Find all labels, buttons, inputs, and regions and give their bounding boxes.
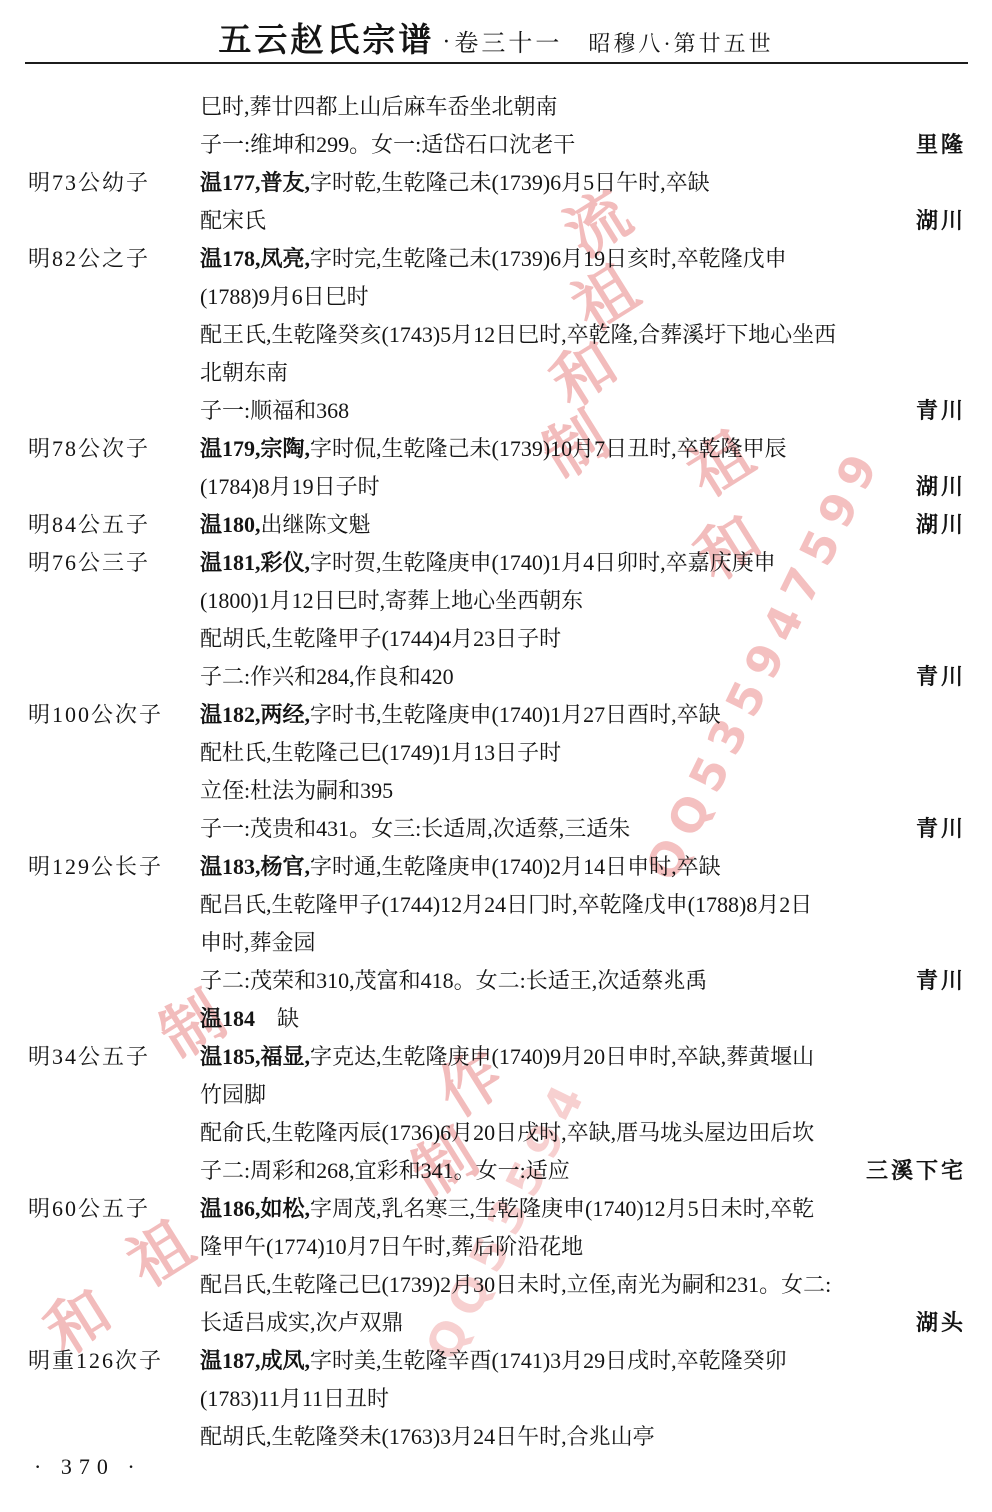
person-name-bold: 温181,彩仪,	[200, 550, 310, 575]
residence-label: 湖头	[916, 1304, 966, 1342]
volume-title: 卷三十一	[454, 31, 562, 57]
entry-text: 缺	[255, 1006, 299, 1031]
residence-label: 湖川	[916, 468, 966, 506]
entry-text: 出继陈文魁	[261, 512, 371, 537]
entry-text: 子二:周彩和268,宜彩和341。女一:适应	[200, 1158, 570, 1183]
residence-label: 青川	[916, 658, 966, 696]
father-reference-label: 明76公三子	[28, 544, 150, 582]
entry-text: 申时,葬金园	[200, 930, 316, 955]
entry-line: 明73公幼子 温177,普友,字时乾,生乾隆己未(1739)6月5日午时,卒缺	[0, 164, 992, 202]
book-title: 五云赵氏宗谱	[218, 23, 434, 59]
residence-label: 三溪下宅	[866, 1152, 966, 1190]
entry-text: 字时通,生乾隆庚申(1740)2月14日申时,卒缺	[310, 854, 721, 879]
entry-line: 明76公三子 温181,彩仪,字时贺,生乾隆庚申(1740)1月4日卯时,卒嘉庆…	[0, 544, 992, 582]
entry-text: (1800)1月12日巳时,寄葬上地心坐西朝东	[200, 588, 583, 613]
entry-line: 明129公长子 温183,杨官,字时通,生乾隆庚申(1740)2月14日申时,卒…	[0, 848, 992, 886]
residence-label: 青川	[916, 962, 966, 1000]
entry-text: 配吕氏,生乾隆己巳(1739)2月30日未时,立侄,南光为嗣和231。女二:	[200, 1272, 831, 1297]
entry-line: 配宋氏 湖川	[0, 202, 992, 240]
page-number: · 370 ·	[34, 1454, 142, 1480]
person-name-bold: 温183,杨官,	[200, 854, 310, 879]
entry-line: 明60公五子 温186,如松,字周茂,乳名寒三,生乾隆庚申(1740)12月5日…	[0, 1190, 992, 1228]
section-title: 昭穆八·第廿五世	[588, 31, 773, 56]
entry-text: 配俞氏,生乾隆丙辰(1736)6月20日戌时,卒缺,厝马垅头屋边田后坎	[200, 1120, 814, 1145]
entry-text: 立侄:杜法为嗣和395	[200, 778, 393, 803]
entry-line: (1788)9月6日巳时	[0, 278, 992, 316]
entry-text: 字时书,生乾隆庚申(1740)1月27日酉时,卒缺	[310, 702, 721, 727]
entry-line: (1800)1月12日巳时,寄葬上地心坐西朝东	[0, 582, 992, 620]
entry-line: 子一:顺福和368 青川	[0, 392, 992, 430]
entry-text: 配胡氏,生乾隆癸未(1763)3月24日午时,合兆山亭	[200, 1424, 655, 1449]
entry-line: 配吕氏,生乾隆甲子(1744)12月24日冂时,卒乾隆戊申(1788)8月2日	[0, 886, 992, 924]
entry-text: 子二:茂荣和310,茂富和418。女二:长适王,次适蔡兆禹	[200, 968, 707, 993]
father-reference-label: 明60公五子	[28, 1190, 150, 1228]
entry-line: 明84公五子 温180,出继陈文魁 湖川	[0, 506, 992, 544]
entry-text: 子一:顺福和368	[200, 398, 349, 423]
father-reference-label: 明84公五子	[28, 506, 150, 544]
entry-text: 子一:维坤和299。女一:适岱石口沈老干	[200, 132, 575, 157]
person-name-bold: 温185,福显,	[200, 1044, 310, 1069]
entry-line: 巳时,葬廿四都上山后麻车岙坐北朝南	[0, 88, 992, 126]
entry-line: 立侄:杜法为嗣和395	[0, 772, 992, 810]
entry-line: 配吕氏,生乾隆己巳(1739)2月30日未时,立侄,南光为嗣和231。女二:	[0, 1266, 992, 1304]
entry-line: 明34公五子 温185,福显,字克达,生乾隆庚申(1740)9月20日申时,卒缺…	[0, 1038, 992, 1076]
entry-text: 配胡氏,生乾隆甲子(1744)4月23日子时	[200, 626, 561, 651]
father-reference-label: 明129公长子	[28, 848, 163, 886]
entry-line: (1783)11月11日丑时	[0, 1380, 992, 1418]
entry-text: 长适吕成实,次卢双鼎	[200, 1310, 404, 1335]
entry-text: 配杜氏,生乾隆己巳(1749)1月13日子时	[200, 740, 561, 765]
page-header: 五云赵氏宗谱·卷三十一昭穆八·第廿五世	[0, 14, 992, 61]
entry-text: 字时美,生乾隆辛酉(1741)3月29日戌时,卒乾隆癸卯	[310, 1348, 787, 1373]
entry-line: 配胡氏,生乾隆癸未(1763)3月24日午时,合兆山亭	[0, 1418, 992, 1456]
father-reference-label: 明100公次子	[28, 696, 163, 734]
entry-line: (1784)8月19日子时 湖川	[0, 468, 992, 506]
entry-line: 配杜氏,生乾隆己巳(1749)1月13日子时	[0, 734, 992, 772]
entry-line: 子二:作兴和284,作良和420 青川	[0, 658, 992, 696]
entry-line: 子一:茂贵和431。女三:长适周,次适蔡,三适朱 青川	[0, 810, 992, 848]
entry-text: (1784)8月19日子时	[200, 474, 380, 499]
person-name-bold: 温177,普友,	[200, 170, 310, 195]
father-reference-label: 明重126次子	[28, 1342, 163, 1380]
entry-text: 字时乾,生乾隆己未(1739)6月5日午时,卒缺	[310, 170, 710, 195]
residence-label: 青川	[916, 810, 966, 848]
entry-text: 字克达,生乾隆庚申(1740)9月20日申时,卒缺,葬黄堰山	[310, 1044, 814, 1069]
entry-rows: 巳时,葬廿四都上山后麻车岙坐北朝南 子一:维坤和299。女一:适岱石口沈老干 里…	[0, 88, 992, 1456]
entry-line: 温184 缺	[0, 1000, 992, 1038]
title-separator-dot: ·	[442, 29, 450, 55]
entry-text: 字时侃,生乾隆己未(1739)10月7日丑时,卒乾隆甲辰	[310, 436, 787, 461]
residence-label: 湖川	[916, 202, 966, 240]
entry-text: 子二:作兴和284,作良和420	[200, 664, 454, 689]
entry-line: 子二:茂荣和310,茂富和418。女二:长适王,次适蔡兆禹 青川	[0, 962, 992, 1000]
entry-text: 隆甲午(1774)10月7日午时,葬后阶沿花地	[200, 1234, 583, 1259]
entry-line: 明82公之子 温178,凤亮,字时完,生乾隆己未(1739)6月19日亥时,卒乾…	[0, 240, 992, 278]
residence-label: 湖川	[916, 506, 966, 544]
person-name-bold: 温178,凤亮,	[200, 246, 310, 271]
father-reference-label: 明78公次子	[28, 430, 150, 468]
entry-text: 配吕氏,生乾隆甲子(1744)12月24日冂时,卒乾隆戊申(1788)8月2日	[200, 892, 812, 917]
person-name-bold: 温184	[200, 1006, 255, 1031]
entry-text: (1788)9月6日巳时	[200, 284, 369, 309]
entry-line: 明100公次子 温182,两经,字时书,生乾隆庚申(1740)1月27日酉时,卒…	[0, 696, 992, 734]
entry-line: 子一:维坤和299。女一:适岱石口沈老干 里隆	[0, 126, 992, 164]
entry-text: 字时完,生乾隆己未(1739)6月19日亥时,卒乾隆戊申	[310, 246, 787, 271]
entry-line: 隆甲午(1774)10月7日午时,葬后阶沿花地	[0, 1228, 992, 1266]
entry-text: 子一:茂贵和431。女三:长适周,次适蔡,三适朱	[200, 816, 630, 841]
father-reference-label: 明82公之子	[28, 240, 150, 278]
entry-line: 明78公次子 温179,宗陶,字时侃,生乾隆己未(1739)10月7日丑时,卒乾…	[0, 430, 992, 468]
father-reference-label: 明34公五子	[28, 1038, 150, 1076]
header-rule	[25, 62, 968, 64]
entry-line: 北朝东南	[0, 354, 992, 392]
entry-text: 配王氏,生乾隆癸亥(1743)5月12日巳时,卒乾隆,合葬溪圩下地心坐西	[200, 322, 836, 347]
entry-line: 长适吕成实,次卢双鼎 湖头	[0, 1304, 992, 1342]
entry-line: 子二:周彩和268,宜彩和341。女一:适应 三溪下宅	[0, 1152, 992, 1190]
person-name-bold: 温179,宗陶,	[200, 436, 310, 461]
entry-text: (1783)11月11日丑时	[200, 1386, 389, 1411]
entry-text: 字周茂,乳名寒三,生乾隆庚申(1740)12月5日未时,卒乾	[310, 1196, 814, 1221]
person-name-bold: 温180,	[200, 512, 261, 537]
residence-label: 青川	[916, 392, 966, 430]
entry-text: 竹园脚	[200, 1082, 266, 1107]
residence-label: 里隆	[916, 126, 966, 164]
genealogy-scan-page: QQ535947599 QQ53594 流 祖 和 制 祖 和 制 祖 和 作 …	[0, 0, 992, 1512]
entry-text: 配宋氏	[200, 208, 266, 233]
person-name-bold: 温186,如松,	[200, 1196, 310, 1221]
father-reference-label: 明73公幼子	[28, 164, 150, 202]
entry-line: 配俞氏,生乾隆丙辰(1736)6月20日戌时,卒缺,厝马垅头屋边田后坎	[0, 1114, 992, 1152]
entry-line: 配王氏,生乾隆癸亥(1743)5月12日巳时,卒乾隆,合葬溪圩下地心坐西	[0, 316, 992, 354]
entry-line: 配胡氏,生乾隆甲子(1744)4月23日子时	[0, 620, 992, 658]
person-name-bold: 温182,两经,	[200, 702, 310, 727]
entry-text: 巳时,葬廿四都上山后麻车岙坐北朝南	[200, 94, 558, 119]
entry-text: 北朝东南	[200, 360, 288, 385]
entry-line: 竹园脚	[0, 1076, 992, 1114]
entry-line: 申时,葬金园	[0, 924, 992, 962]
person-name-bold: 温187,成凤,	[200, 1348, 310, 1373]
entry-text: 字时贺,生乾隆庚申(1740)1月4日卯时,卒嘉庆庚申	[310, 550, 776, 575]
entry-line: 明重126次子 温187,成凤,字时美,生乾隆辛酉(1741)3月29日戌时,卒…	[0, 1342, 992, 1380]
